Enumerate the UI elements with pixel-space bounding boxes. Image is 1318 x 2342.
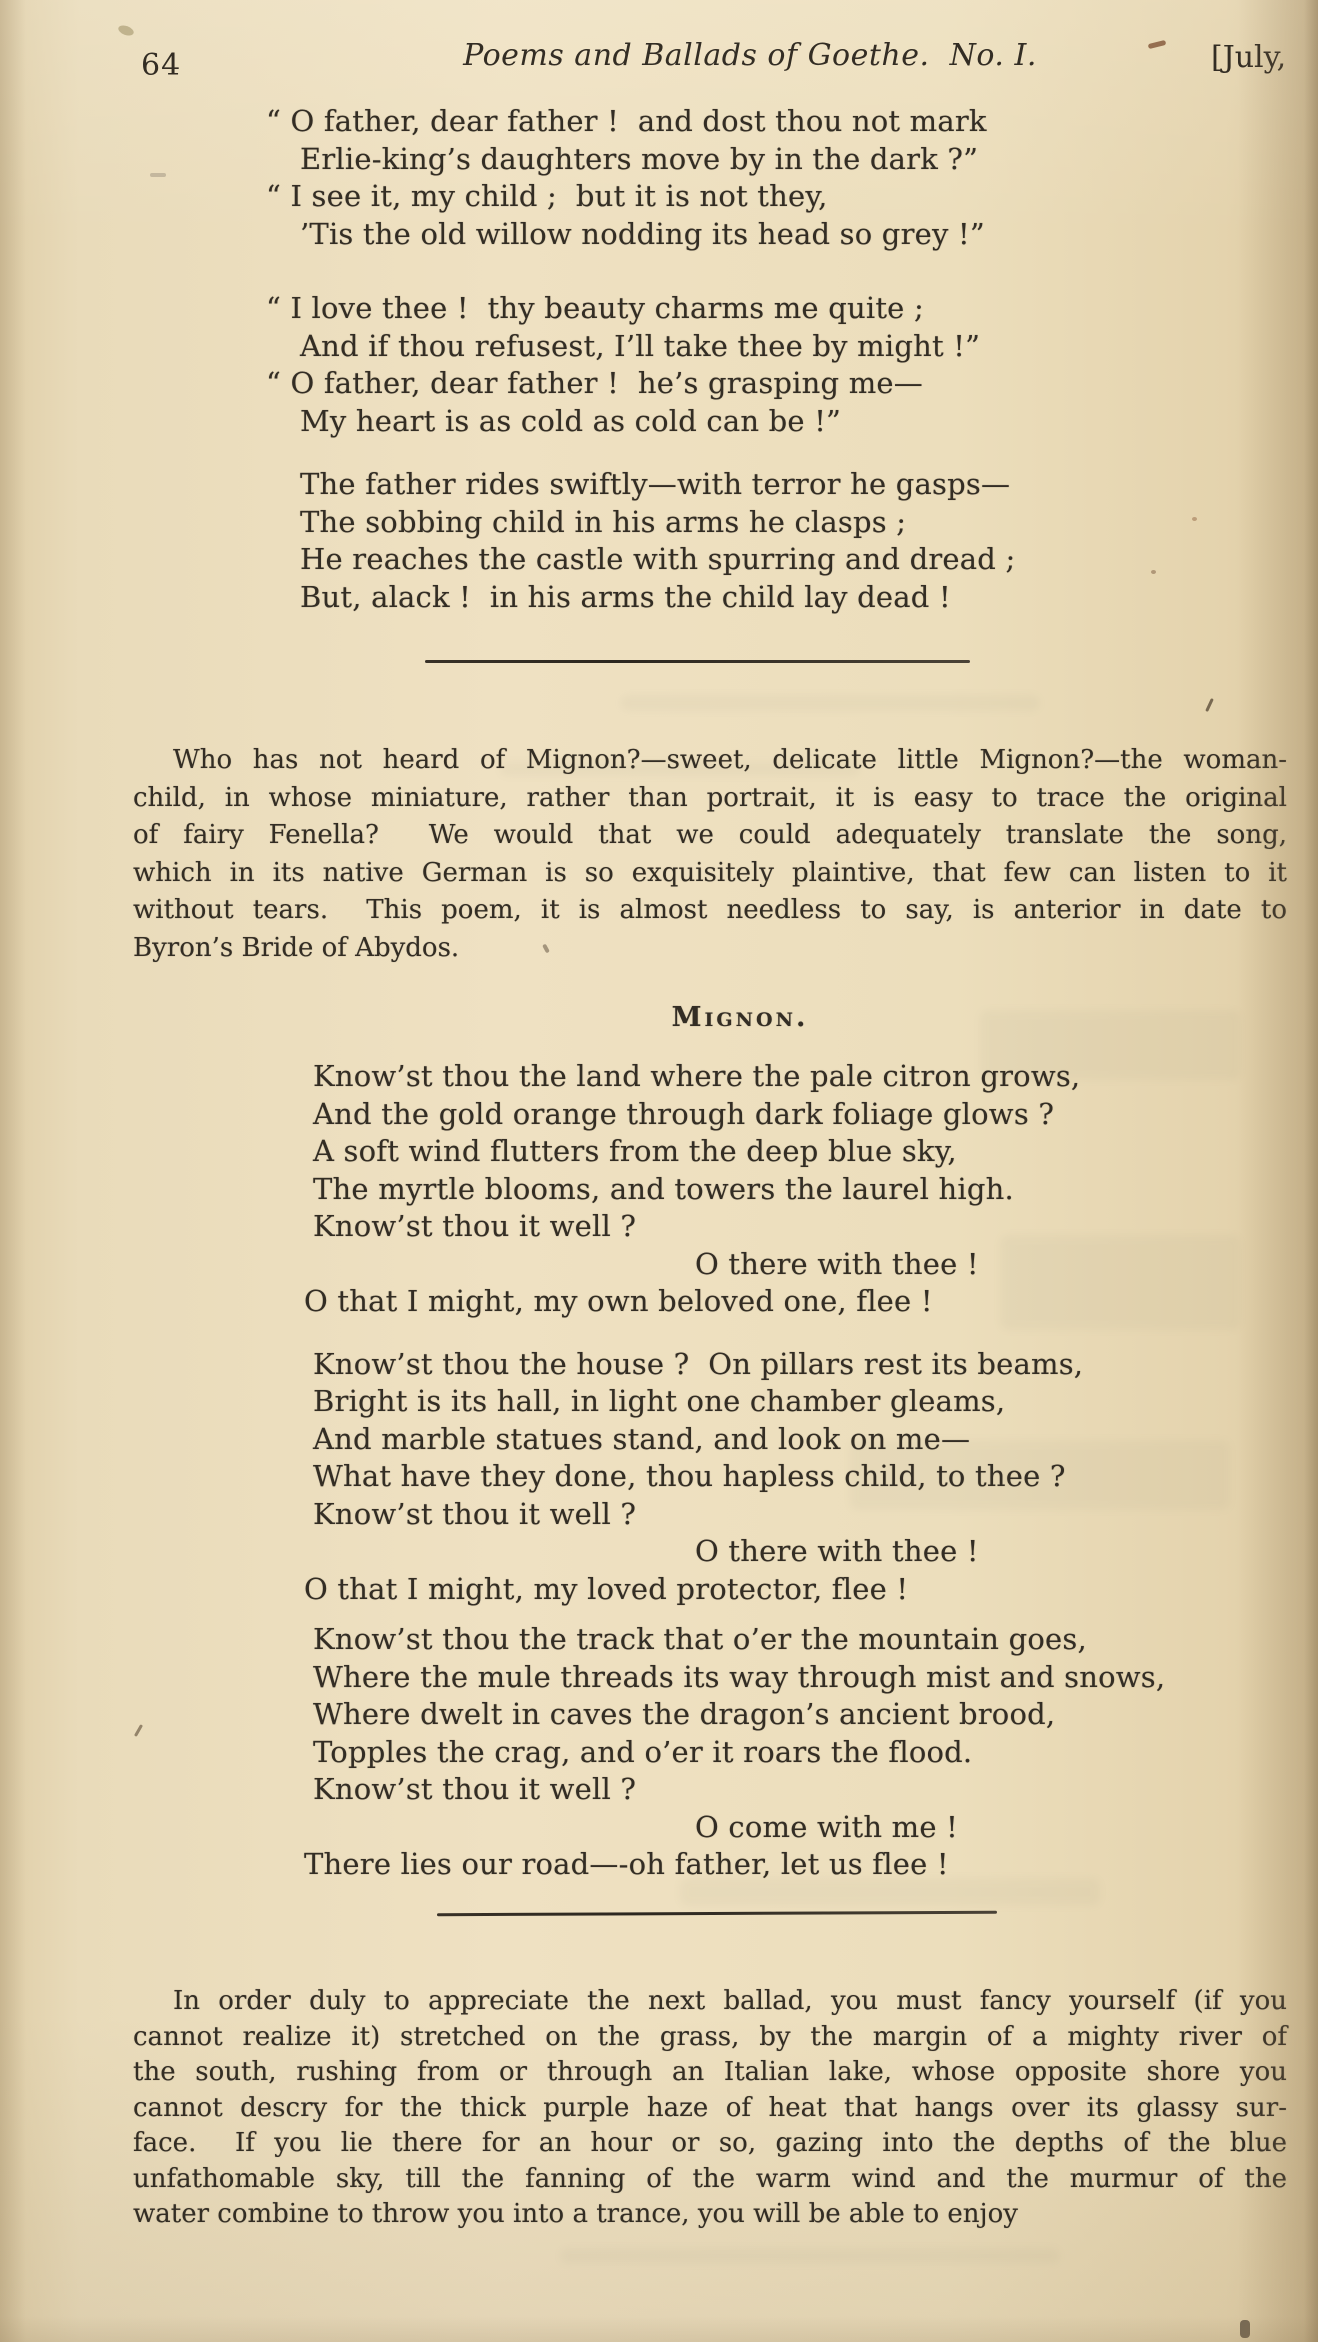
- poem-line: Where the mule threads its way through m…: [313, 1659, 1165, 1697]
- poem-line: “ O father, dear father ! he’s grasping …: [300, 365, 1015, 403]
- poem-line: Know’st thou the land where the pale cit…: [313, 1058, 1165, 1096]
- poem-line: But, alack ! in his arms the child lay d…: [300, 579, 1015, 617]
- prose-line: Byron’s Bride of Abydos.: [133, 930, 1287, 968]
- prose-line: which in its native German is so exquisi…: [133, 855, 1287, 893]
- poem-line: My heart is as cold as cold can be !”: [300, 403, 1015, 441]
- mignon-poem: Know’st thou the land where the pale cit…: [313, 1058, 1165, 1884]
- commentary-mignon: Who has not heard of Mignon?—sweet, deli…: [133, 742, 1287, 967]
- poem-line: ’Tis the old willow nodding its head so …: [300, 216, 1015, 254]
- prose-line: water combine to throw you into a trance…: [133, 2197, 1287, 2233]
- prose-line: In order duly to appreciate the next bal…: [133, 1984, 1287, 2020]
- poem-line: Bright is its hall, in light one chamber…: [313, 1383, 1165, 1421]
- poem-line: “ I see it, my child ; but it is not the…: [300, 178, 1015, 216]
- running-title: Poems and Ballads of Goethe. No. I.: [463, 38, 1037, 73]
- paper-speck: [1192, 517, 1197, 521]
- poem-refrain-line: O come with me !: [695, 1809, 1165, 1847]
- stanza: Know’st thou the land where the pale cit…: [313, 1058, 1165, 1321]
- poem-line: “ I love thee ! thy beauty charms me qui…: [300, 290, 1015, 328]
- poem-line: Know’st thou it well ?: [313, 1771, 1165, 1809]
- prose-line: Who has not heard of Mignon?—sweet, deli…: [133, 742, 1287, 780]
- paper-speck: [1205, 698, 1214, 712]
- poem-line: Where dwelt in caves the dragon’s ancien…: [313, 1696, 1165, 1734]
- poem-line: And the gold orange through dark foliage…: [313, 1096, 1165, 1134]
- section-divider-rule: [425, 660, 970, 663]
- prose-line: the south, rushing from or through an It…: [133, 2055, 1287, 2091]
- poem-line: The myrtle blooms, and towers the laurel…: [313, 1171, 1165, 1209]
- poem-line: Know’st thou the house ? On pillars rest…: [313, 1346, 1165, 1384]
- show-through-ghost: [620, 695, 1040, 711]
- poem-line: A soft wind flutters from the deep blue …: [313, 1133, 1165, 1171]
- poem-line: What have they done, thou hapless child,…: [313, 1458, 1165, 1496]
- poem-title-mignon: Mignon.: [133, 1002, 1317, 1033]
- poem-line: Topples the crag, and o’er it roars the …: [313, 1734, 1165, 1772]
- page-number: 64: [141, 48, 181, 83]
- section-divider-rule: [437, 1911, 997, 1916]
- poem-line: Know’st thou it well ?: [313, 1496, 1165, 1534]
- poem-refrain-line: O there with thee !: [695, 1246, 1165, 1284]
- prose-line: face. If you lie there for an hour or so…: [133, 2126, 1287, 2162]
- poem-line: O that I might, my loved protector, flee…: [304, 1571, 1165, 1609]
- poem-line: There lies our road—-oh father, let us f…: [304, 1846, 1165, 1884]
- stanza: “ O father, dear father ! and dost thou …: [300, 103, 1015, 253]
- poem-line: Erlie-king’s daughters move by in the da…: [300, 141, 1015, 179]
- poem-line: Know’st thou the track that o’er the mou…: [313, 1621, 1165, 1659]
- poem-line: Know’st thou it well ?: [313, 1208, 1165, 1246]
- paper-speck: [134, 1724, 143, 1737]
- prose-line: unfathomable sky, till the fanning of th…: [133, 2162, 1287, 2198]
- stanza: “ I love thee ! thy beauty charms me qui…: [300, 290, 1015, 440]
- page-edge-shadow-left: [0, 0, 26, 2342]
- paper-speck: [117, 24, 135, 38]
- show-through-ghost: [560, 2248, 1060, 2264]
- issue-date: [July,: [1211, 40, 1286, 75]
- paper-speck: [150, 173, 166, 177]
- paper-speck: [1151, 570, 1156, 574]
- stanza: Know’st thou the track that o’er the mou…: [313, 1621, 1165, 1884]
- poem-line: And if thou refusest, I’ll take thee by …: [300, 328, 1015, 366]
- commentary-next-ballad: In order duly to appreciate the next bal…: [133, 1984, 1287, 2233]
- poem-line: O that I might, my own beloved one, flee…: [304, 1283, 1165, 1321]
- book-page: 64 Poems and Ballads of Goethe. No. I. […: [0, 0, 1318, 2342]
- poem-line: The father rides swiftly—with terror he …: [300, 466, 1015, 504]
- stanza: Know’st thou the house ? On pillars rest…: [313, 1346, 1165, 1609]
- prose-line: cannot realize it) stretched on the gras…: [133, 2020, 1287, 2056]
- page-edge-shadow-right: [1304, 0, 1318, 2342]
- erl-king-excerpt: “ O father, dear father ! and dost thou …: [300, 103, 1015, 616]
- poem-refrain-line: O there with thee !: [695, 1533, 1165, 1571]
- poem-line: And marble statues stand, and look on me…: [313, 1421, 1165, 1459]
- poem-line: He reaches the castle with spurring and …: [300, 541, 1015, 579]
- paper-speck: [1240, 2320, 1250, 2338]
- prose-line: without tears. This poem, it is almost n…: [133, 892, 1287, 930]
- poem-line: “ O father, dear father ! and dost thou …: [300, 103, 1015, 141]
- stanza: The father rides swiftly—with terror he …: [300, 466, 1015, 616]
- paper-speck: [1148, 40, 1167, 49]
- page-edge-shadow-bottom: [0, 2316, 1318, 2342]
- poem-line: The sobbing child in his arms he clasps …: [300, 504, 1015, 542]
- prose-line: of fairy Fenella? We would that we could…: [133, 817, 1287, 855]
- prose-line: cannot descry for the thick purple haze …: [133, 2091, 1287, 2127]
- prose-line: child, in whose miniature, rather than p…: [133, 780, 1287, 818]
